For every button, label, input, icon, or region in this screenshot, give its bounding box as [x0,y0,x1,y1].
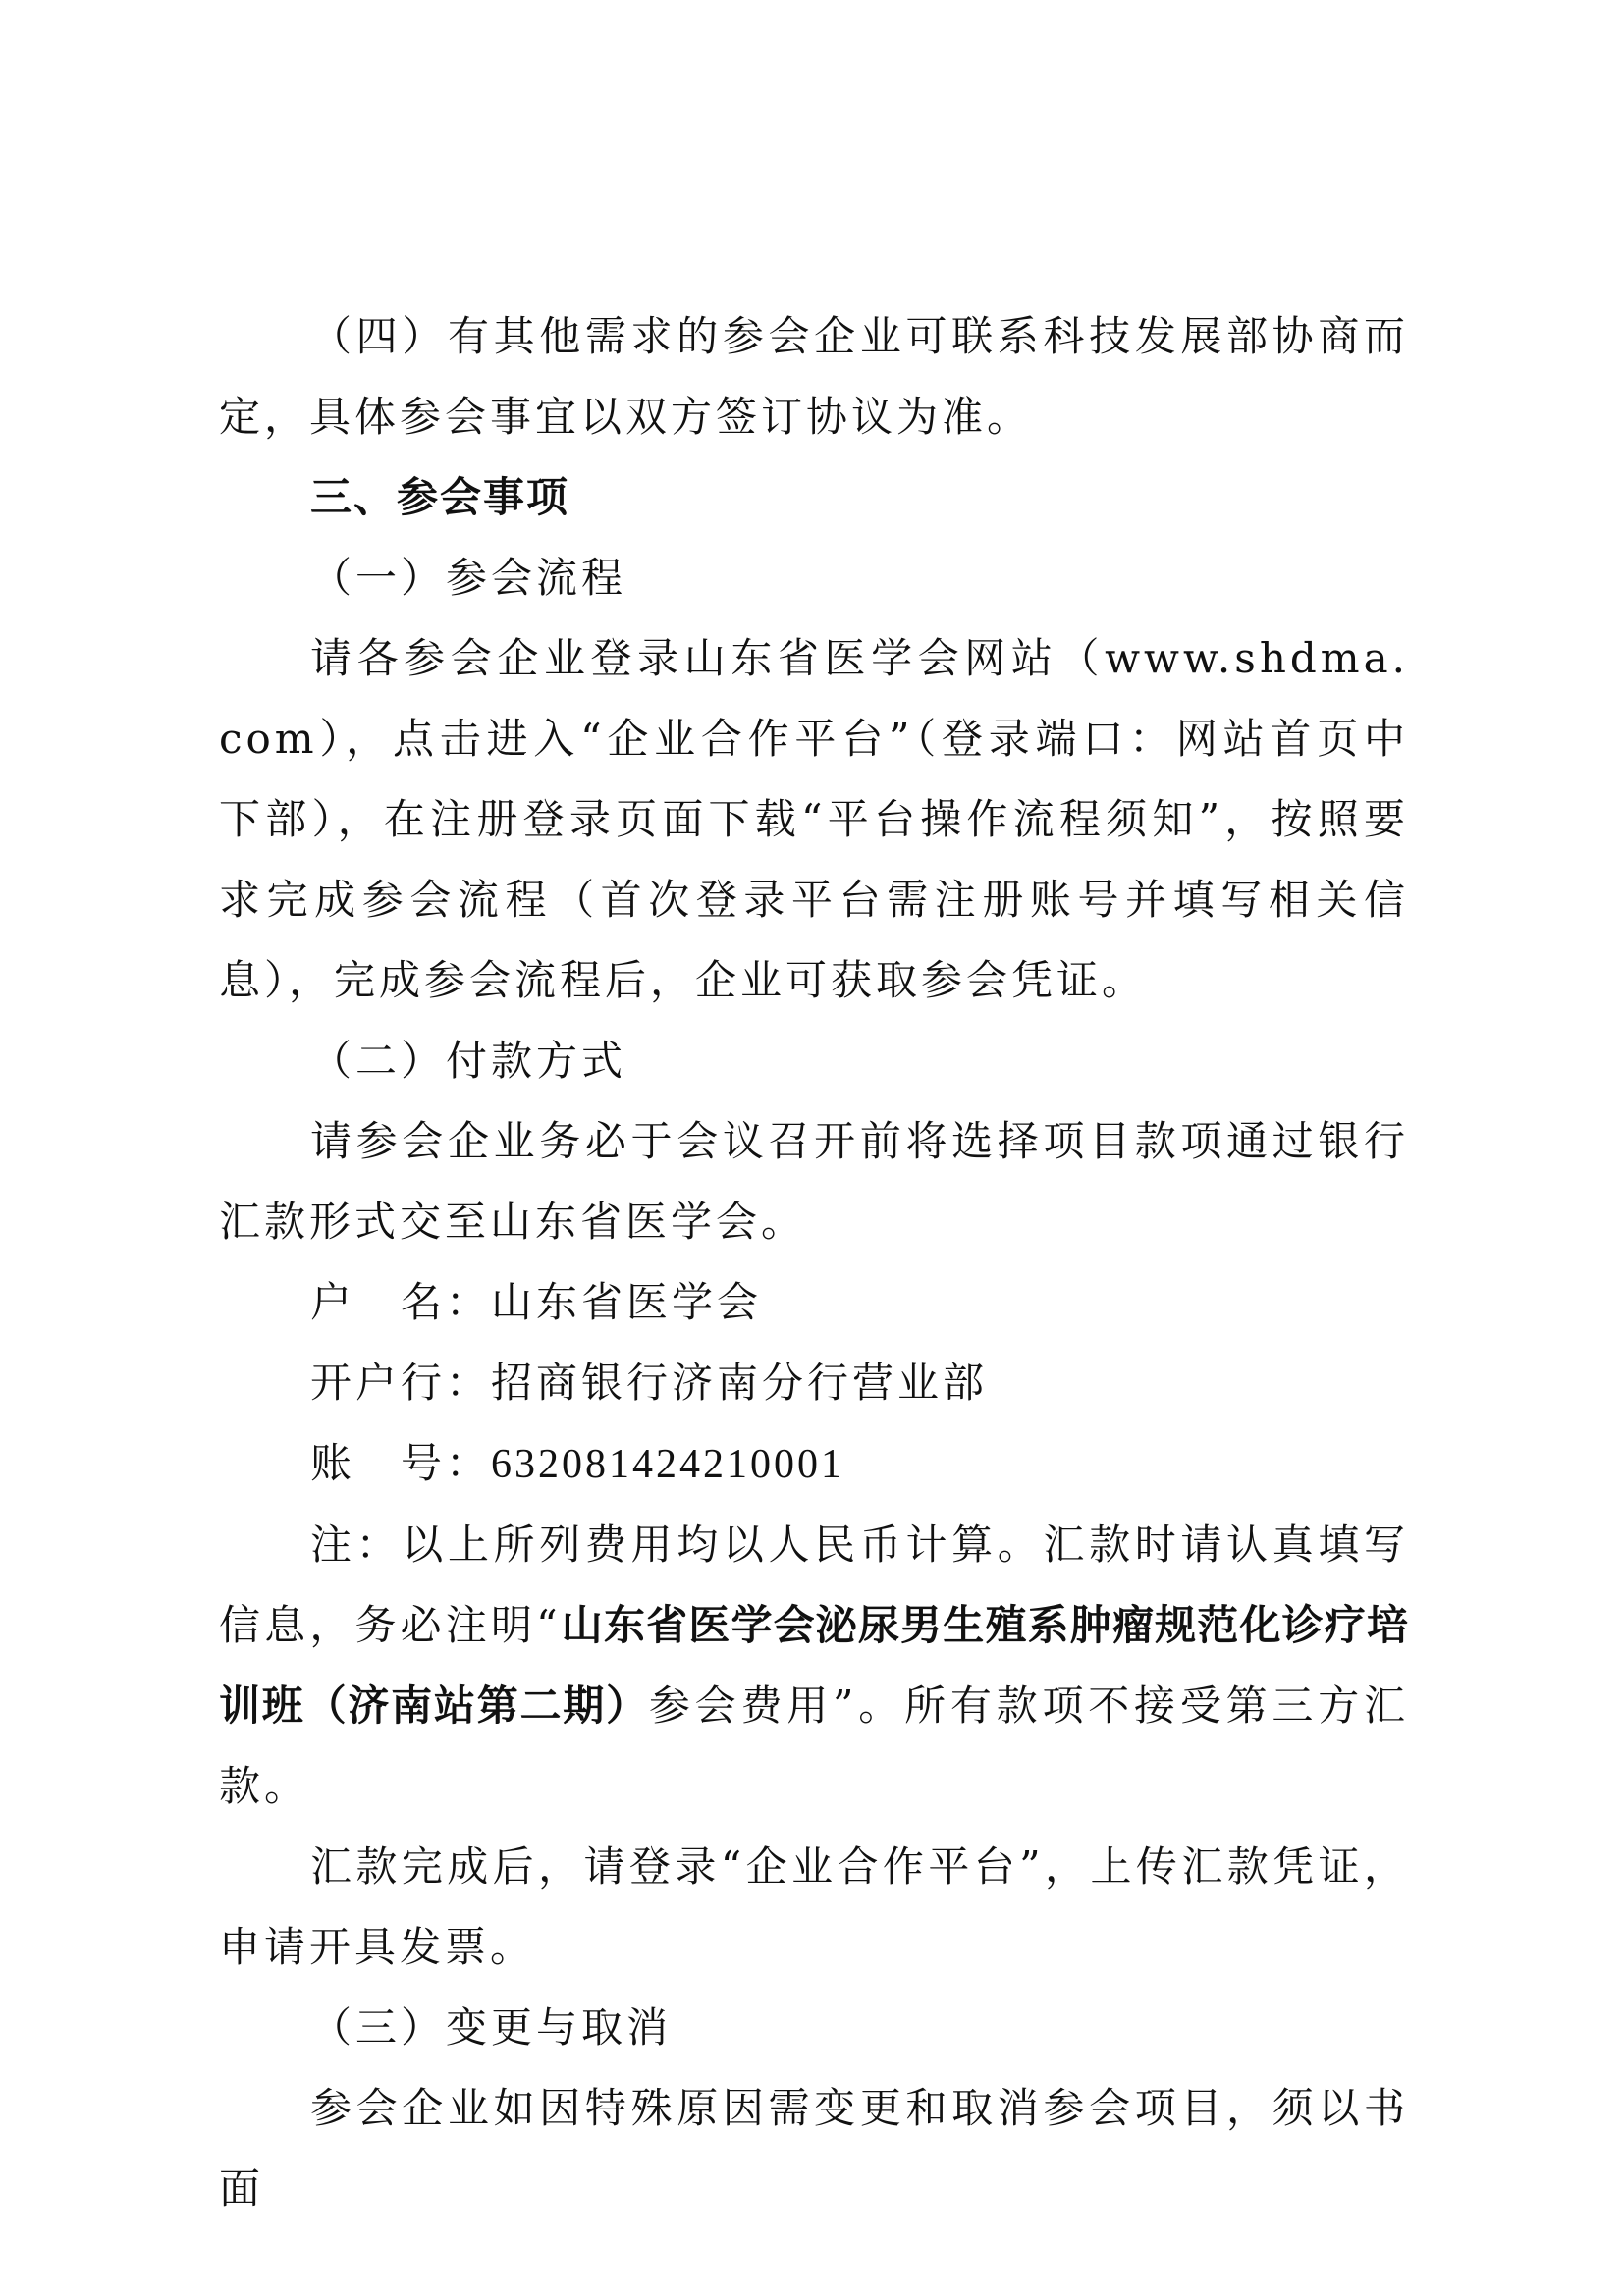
bank-account-name-row: 户名：山东省医学会 [219,1262,1409,1343]
paragraph-after-payment: 汇款完成后，请登录“企业合作平台”，上传汇款凭证，申请开具发票。 [219,1827,1409,1988]
account-name-value: 山东省医学会 [491,1278,762,1326]
account-name-label-part2: 名： [401,1278,491,1326]
subheading-change-and-cancel: （三）变更与取消 [219,1988,1409,2068]
subheading-participation-process: （一）参会流程 [219,538,1409,618]
section-heading-participation-matters: 三、参会事项 [219,457,1409,538]
account-number-label-part1: 账 [310,1439,355,1487]
bank-name-row: 开户行：招商银行济南分行营业部 [219,1343,1409,1423]
paragraph-participation-process: 请各参会企业登录山东省医学会网站（www.shdma.com），点击进入“企业合… [219,618,1409,1021]
paragraph-payment-note: 注：以上所列费用均以人民币计算。汇款时请认真填写信息，务必注明“山东省医学会泌尿… [219,1505,1409,1827]
paragraph-other-needs: （四）有其他需求的参会企业可联系科技发展部协商而定，具体参会事宜以双方签订协议为… [219,296,1409,457]
subheading-payment-method: （二）付款方式 [219,1021,1409,1101]
paragraph-payment-method: 请参会企业务必于会议召开前将选择项目款项通过银行汇款形式交至山东省医学会。 [219,1101,1409,1262]
bank-name-label: 开户行： [310,1359,491,1407]
account-name-label-part1: 户 [310,1278,355,1326]
bank-account-number-row: 账号：632081424210001 [219,1423,1409,1505]
paragraph-change-and-cancel: 参会企业如因特殊原因需变更和取消参会项目，须以书面 [219,2068,1409,2229]
document-page: （四）有其他需求的参会企业可联系科技发展部协商而定，具体参会事宜以双方签订协议为… [219,296,1409,2229]
account-number-value: 632081424210001 [491,1442,844,1487]
account-number-label-part2: 号： [401,1439,491,1487]
bank-name-value: 招商银行济南分行营业部 [491,1359,988,1407]
